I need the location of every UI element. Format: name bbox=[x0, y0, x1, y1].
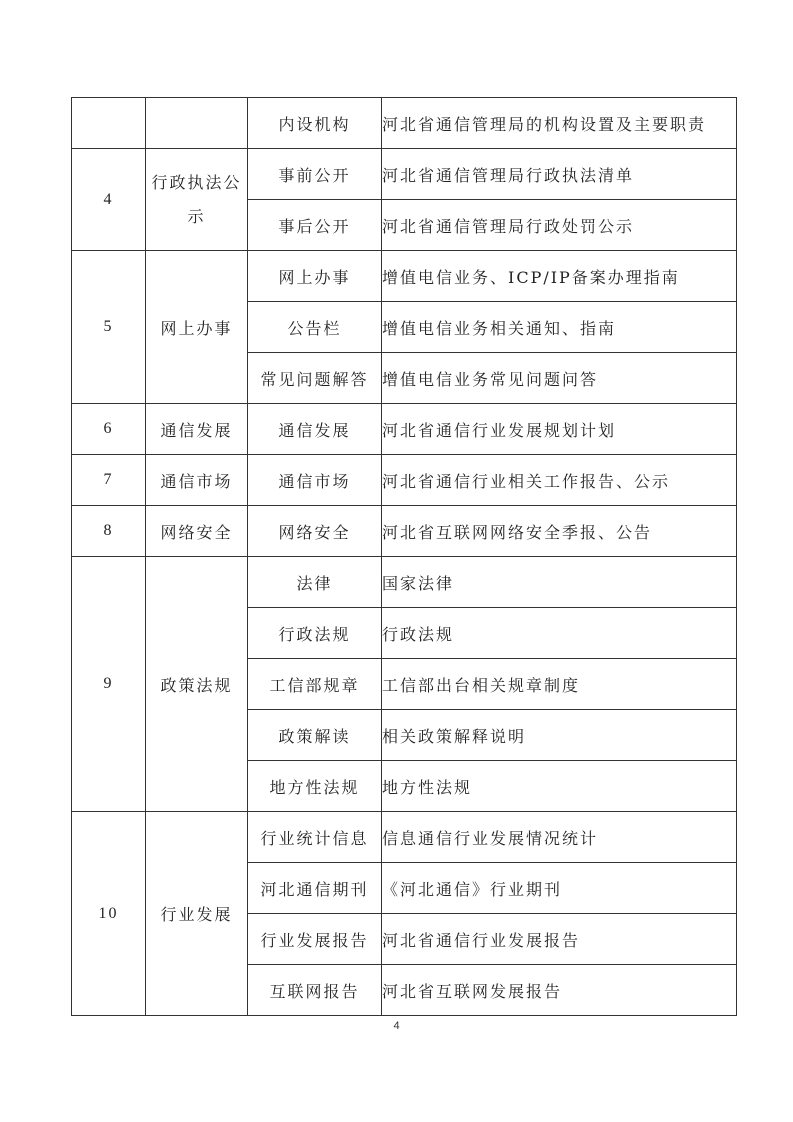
description-cell: 河北省通信管理局行政执法清单 bbox=[382, 149, 737, 200]
category-cell: 行政执法公示 bbox=[146, 149, 248, 251]
description-cell: 河北省互联网网络安全季报、公告 bbox=[382, 506, 737, 557]
table-row: 4 行政执法公示 事前公开 河北省通信管理局行政执法清单 bbox=[72, 149, 737, 200]
subcategory-cell: 事后公开 bbox=[248, 200, 382, 251]
subcategory-cell: 行业发展报告 bbox=[248, 914, 382, 965]
table-row: 10 行业发展 行业统计信息 信息通信行业发展情况统计 bbox=[72, 812, 737, 863]
row-number: 5 bbox=[72, 251, 146, 404]
row-number: 7 bbox=[72, 455, 146, 506]
table-row: 6 通信发展 通信发展 河北省通信行业发展规划计划 bbox=[72, 404, 737, 455]
category-cell bbox=[146, 98, 248, 149]
description-cell: 地方性法规 bbox=[382, 761, 737, 812]
category-cell: 通信发展 bbox=[146, 404, 248, 455]
row-number: 10 bbox=[72, 812, 146, 1016]
row-number: 4 bbox=[72, 149, 146, 251]
subcategory-cell: 行政法规 bbox=[248, 608, 382, 659]
subcategory-cell: 内设机构 bbox=[248, 98, 382, 149]
description-cell: 河北省通信行业发展规划计划 bbox=[382, 404, 737, 455]
category-cell: 网络安全 bbox=[146, 506, 248, 557]
row-number bbox=[72, 98, 146, 149]
description-cell: 河北省通信行业相关工作报告、公示 bbox=[382, 455, 737, 506]
row-number: 9 bbox=[72, 557, 146, 812]
description-cell: 河北省通信行业发展报告 bbox=[382, 914, 737, 965]
subcategory-cell: 互联网报告 bbox=[248, 965, 382, 1016]
subcategory-cell: 网上办事 bbox=[248, 251, 382, 302]
description-cell: 河北省通信管理局的机构设置及主要职责 bbox=[382, 98, 737, 149]
table-row: 9 政策法规 法律 国家法律 bbox=[72, 557, 737, 608]
description-cell: 《河北通信》行业期刊 bbox=[382, 863, 737, 914]
description-cell: 行政法规 bbox=[382, 608, 737, 659]
subcategory-cell: 通信市场 bbox=[248, 455, 382, 506]
subcategory-cell: 政策解读 bbox=[248, 710, 382, 761]
page-number: 4 bbox=[0, 1020, 793, 1032]
subcategory-cell: 事前公开 bbox=[248, 149, 382, 200]
subcategory-cell: 河北通信期刊 bbox=[248, 863, 382, 914]
description-cell: 增值电信业务常见问题问答 bbox=[382, 353, 737, 404]
category-cell: 网上办事 bbox=[146, 251, 248, 404]
subcategory-cell: 行业统计信息 bbox=[248, 812, 382, 863]
subcategory-cell: 通信发展 bbox=[248, 404, 382, 455]
description-cell: 工信部出台相关规章制度 bbox=[382, 659, 737, 710]
category-cell: 政策法规 bbox=[146, 557, 248, 812]
content-directory-table: 内设机构 河北省通信管理局的机构设置及主要职责 4 行政执法公示 事前公开 河北… bbox=[71, 97, 737, 1016]
description-cell: 信息通信行业发展情况统计 bbox=[382, 812, 737, 863]
row-number: 6 bbox=[72, 404, 146, 455]
subcategory-cell: 公告栏 bbox=[248, 302, 382, 353]
subcategory-cell: 网络安全 bbox=[248, 506, 382, 557]
subcategory-cell: 法律 bbox=[248, 557, 382, 608]
table-row: 7 通信市场 通信市场 河北省通信行业相关工作报告、公示 bbox=[72, 455, 737, 506]
description-cell: 增值电信业务相关通知、指南 bbox=[382, 302, 737, 353]
subcategory-cell: 常见问题解答 bbox=[248, 353, 382, 404]
table-row: 8 网络安全 网络安全 河北省互联网网络安全季报、公告 bbox=[72, 506, 737, 557]
category-cell: 行业发展 bbox=[146, 812, 248, 1016]
description-cell: 国家法律 bbox=[382, 557, 737, 608]
subcategory-cell: 工信部规章 bbox=[248, 659, 382, 710]
table-row: 5 网上办事 网上办事 增值电信业务、ICP/IP备案办理指南 bbox=[72, 251, 737, 302]
table-row: 内设机构 河北省通信管理局的机构设置及主要职责 bbox=[72, 98, 737, 149]
description-cell: 相关政策解释说明 bbox=[382, 710, 737, 761]
description-cell: 增值电信业务、ICP/IP备案办理指南 bbox=[382, 251, 737, 302]
category-cell: 通信市场 bbox=[146, 455, 248, 506]
subcategory-cell: 地方性法规 bbox=[248, 761, 382, 812]
row-number: 8 bbox=[72, 506, 146, 557]
description-cell: 河北省互联网发展报告 bbox=[382, 965, 737, 1016]
description-cell: 河北省通信管理局行政处罚公示 bbox=[382, 200, 737, 251]
